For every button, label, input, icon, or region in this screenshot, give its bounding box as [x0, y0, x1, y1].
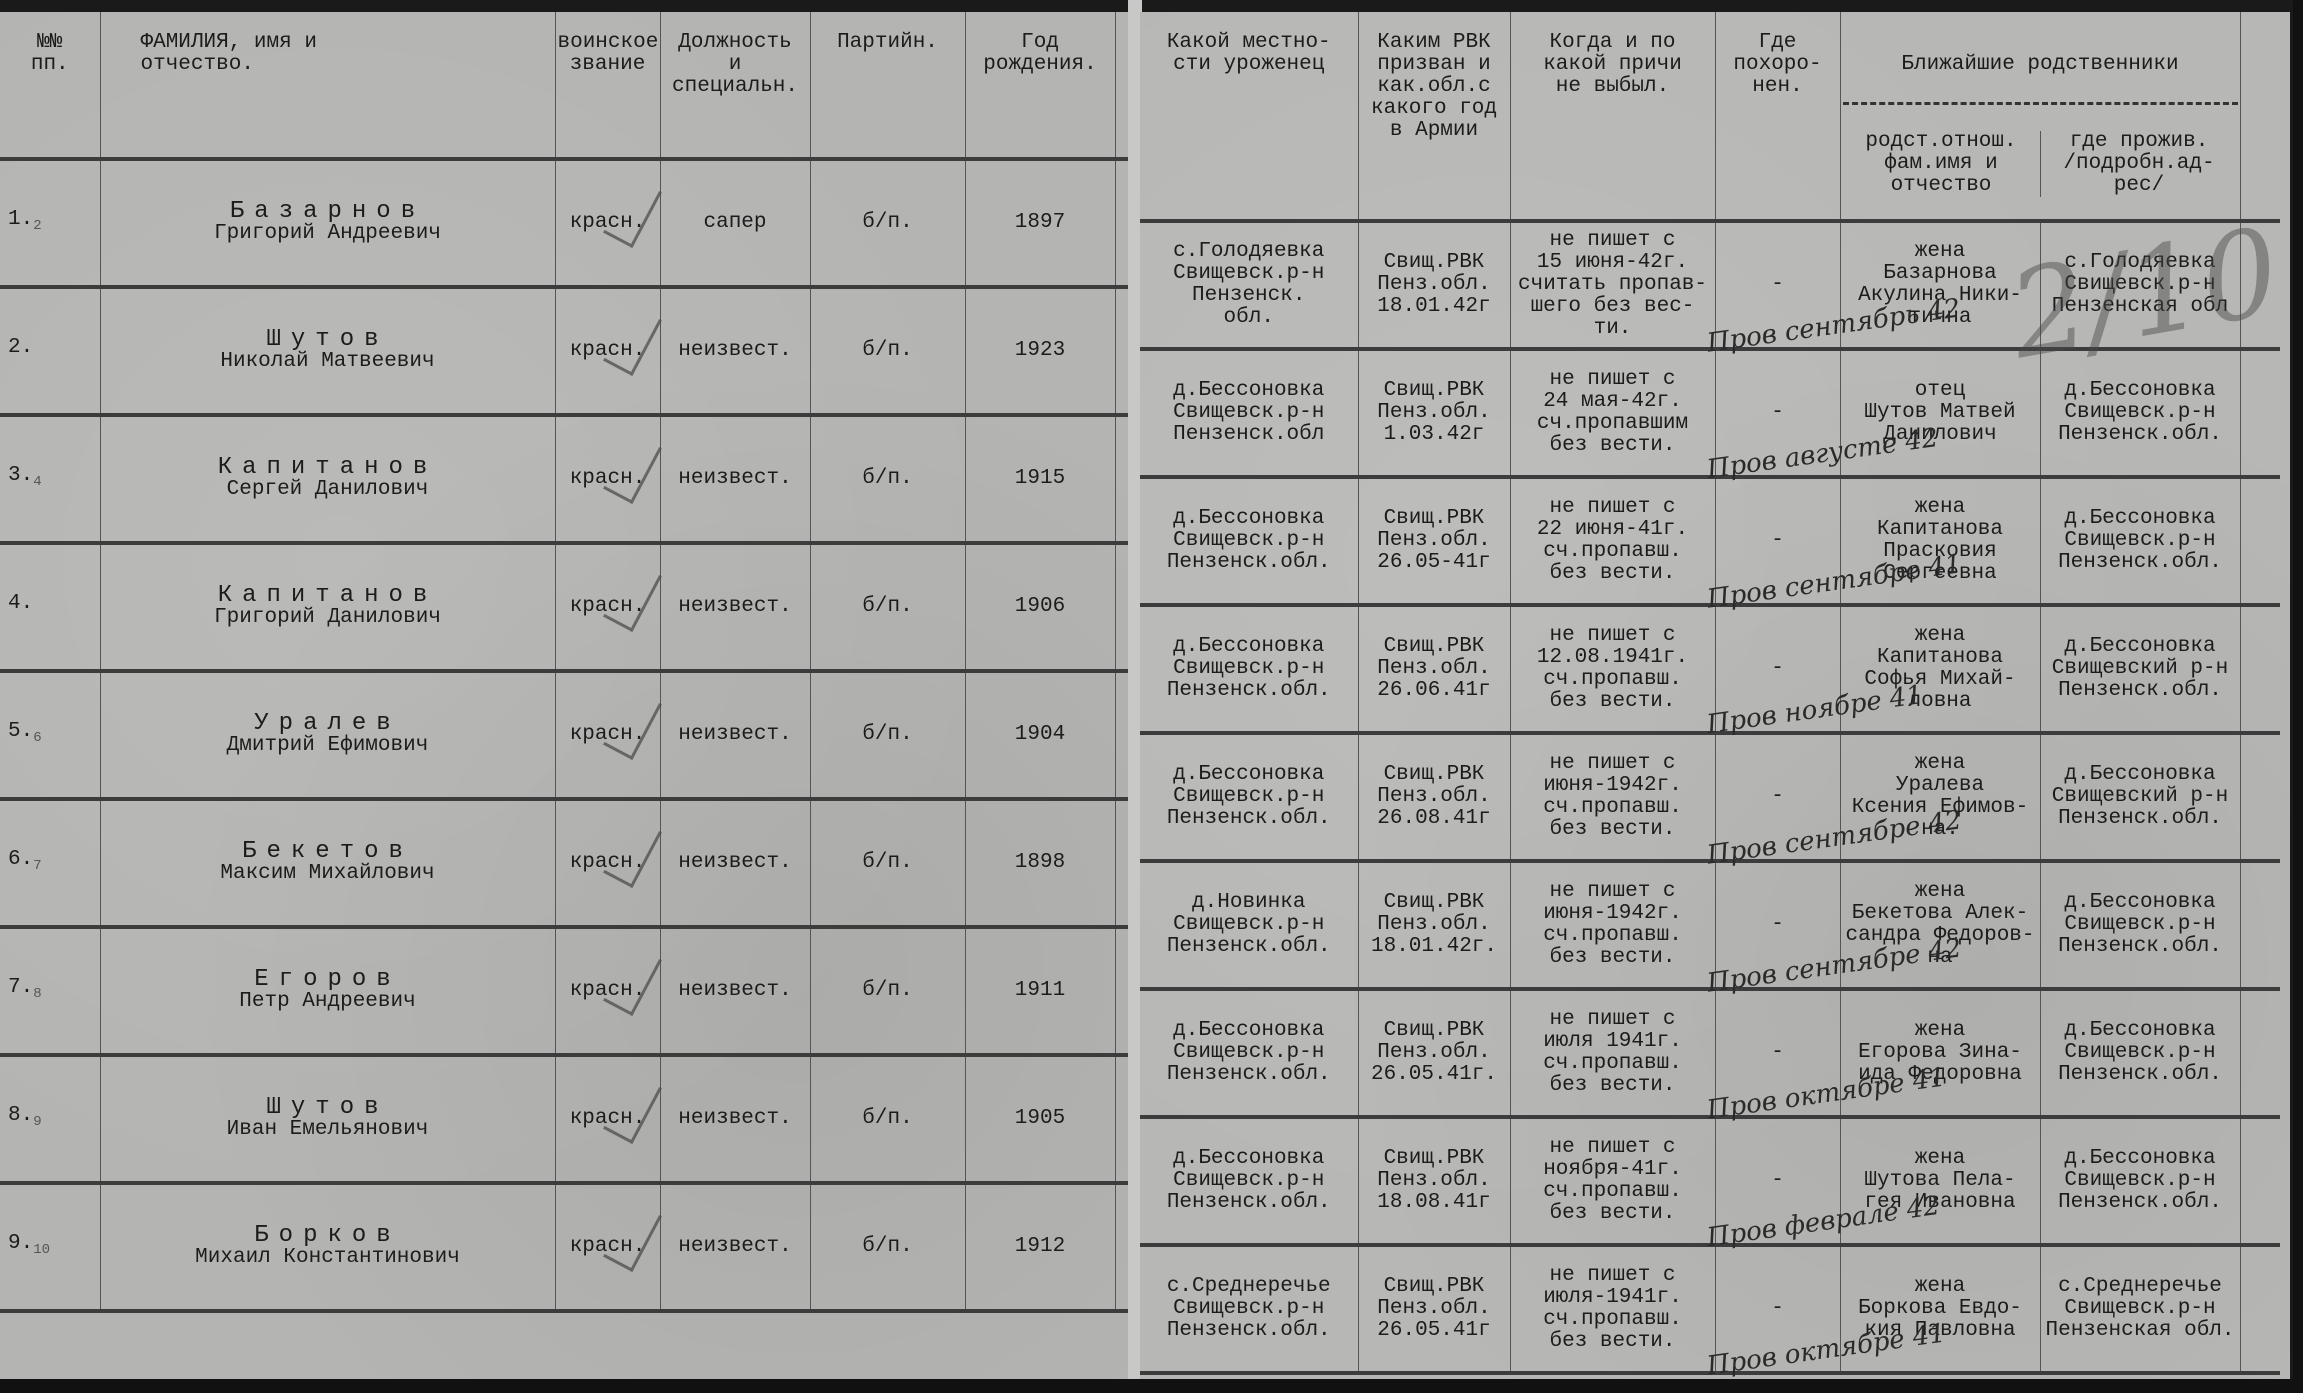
table-row: 1.2БазарновГригорий Андреевичкрасн.сапер… [0, 159, 1135, 287]
table-row: 6.7БекетовМаксим Михайловичкрасн.неизвес… [0, 799, 1135, 927]
table-row: д.Бессоновка Свищевск.р-н Пензенск.обл.С… [1140, 1117, 2280, 1245]
relative-relation: жена Уралева Ксения Ефимов- на. [1840, 733, 2040, 861]
burial-place: -Пров августе 42 [1715, 349, 1840, 477]
when-why-left: не пишет с ноября-41г. сч.пропавш. без в… [1510, 1117, 1715, 1245]
birthplace: д.Бессоновка Свищевск.р-н Пензенск.обл. [1140, 733, 1358, 861]
position: сапер [660, 159, 810, 287]
rank: красн. [555, 799, 660, 927]
given-names: Сергей Данилович [103, 479, 553, 501]
when-why-left: не пишет с 15 июня-42г. считать пропав- … [1510, 221, 1715, 349]
position: неизвест. [660, 799, 810, 927]
given-names: Дмитрий Ефимович [103, 735, 553, 757]
table-row: д.Бессоновка Свищевск.р-н Пензенск.обл.С… [1140, 989, 2280, 1117]
burial-text: - [1771, 657, 1784, 680]
scan-edge-bottom [0, 1379, 2303, 1393]
header-birth-year: Год рождения. [965, 12, 1115, 159]
relative-address: д.Бессоновка Свищевск.р-н Пензенск.обл. [2040, 477, 2240, 605]
table-row: д.Бессоновка Свищевск.р-н Пензенск.обл.С… [1140, 477, 2280, 605]
rank: красн. [555, 543, 660, 671]
row-number: 5.6 [0, 671, 100, 799]
left-table: №№ пп. ФАМИЛИЯ, имя и отчество. воинское… [0, 12, 1135, 1313]
birth-year: 1898 [965, 799, 1115, 927]
given-names: Григорий Андреевич [103, 223, 553, 245]
birthplace: д.Бессоновка Свищевск.р-н Пензенск.обл. [1140, 477, 1358, 605]
right-header-row: Какой местно- сти уроженец Каким РВК при… [1140, 12, 2280, 221]
when-why-left: не пишет с 22 июня-41г. сч.пропавш. без … [1510, 477, 1715, 605]
conscripted-by: Свищ.РВК Пенз.обл. 18.01.42г. [1358, 861, 1510, 989]
given-names: Максим Михайлович [103, 863, 553, 885]
position: неизвест. [660, 543, 810, 671]
right-page: Какой местно- сти уроженец Каким РВК при… [1140, 12, 2290, 1380]
table-row: д.Новинка Свищевск.р-н Пензенск.обл.Свищ… [1140, 861, 2280, 989]
position: неизвест. [660, 287, 810, 415]
header-relatives: Ближайшие родственники родст.отнош. фам.… [1840, 12, 2240, 221]
relative-relation: жена Капитанова Софья Михай- ловна [1840, 605, 2040, 733]
when-why-left: не пишет с июля-1941г. сч.пропавш. без в… [1510, 1245, 1715, 1373]
spacer [2240, 1117, 2280, 1245]
row-number: 7.8 [0, 927, 100, 1055]
row-number-text: 1. [8, 208, 33, 231]
header-party: Партийн. [810, 12, 965, 159]
row-number-sub: 6 [33, 730, 41, 746]
position: неизвест. [660, 1183, 810, 1311]
party: б/п. [810, 287, 965, 415]
spacer [2240, 861, 2280, 989]
burial-place: -Пров сентябре 41 [1715, 477, 1840, 605]
header-conscripted: Каким РВК призван и как.обл.с какого год… [1358, 12, 1510, 221]
birthplace: с.Среднеречье Свищевск.р-н Пензенск.обл. [1140, 1245, 1358, 1373]
full-name: КапитановГригорий Данилович [100, 543, 555, 671]
rank: красн. [555, 287, 660, 415]
table-row: с.Среднеречье Свищевск.р-н Пензенск.обл.… [1140, 1245, 2280, 1373]
when-why-left: не пишет с 24 мая-42г. сч.пропавшим без … [1510, 349, 1715, 477]
relative-relation: жена Егорова Зина- ида Федоровна [1840, 989, 2040, 1117]
surname: Капитанов [103, 457, 553, 479]
table-row: д.Бессоновка Свищевск.р-н Пензенск.обл.С… [1140, 733, 2280, 861]
header-buried: Где похоро- нен. [1715, 12, 1840, 221]
burial-text: - [1771, 401, 1784, 424]
header-rank: воинское звание [555, 12, 660, 159]
relative-address: д.Бессоновка Свищевск.р-н Пензенск.обл. [2040, 861, 2240, 989]
party: б/п. [810, 543, 965, 671]
party: б/п. [810, 415, 965, 543]
header-address: где прожив. /подробн.ад- рес/ [2040, 131, 2238, 197]
table-row: 2.ШутовНиколай Матвеевичкрасн.неизвест.б… [0, 287, 1135, 415]
row-number-text: 9. [8, 1232, 33, 1255]
birthplace: д.Новинка Свищевск.р-н Пензенск.обл. [1140, 861, 1358, 989]
rank: красн. [555, 159, 660, 287]
row-number-sub: 10 [33, 1242, 50, 1258]
given-names: Михаил Константинович [103, 1247, 553, 1269]
full-name: ШутовНиколай Матвеевич [100, 287, 555, 415]
party: б/п. [810, 927, 965, 1055]
right-table: Какой местно- сти уроженец Каким РВК при… [1140, 12, 2280, 1375]
conscripted-by: Свищ.РВК Пенз.обл. 26.08.41г [1358, 733, 1510, 861]
surname: Уралев [103, 713, 553, 735]
row-number-sub: 7 [33, 858, 41, 874]
rank: красн. [555, 927, 660, 1055]
burial-text: - [1771, 1041, 1784, 1064]
full-name: ЕгоровПетр Андреевич [100, 927, 555, 1055]
birth-year: 1904 [965, 671, 1115, 799]
left-page: №№ пп. ФАМИЛИЯ, имя и отчество. воинское… [0, 12, 1135, 1380]
burial-place: -Пров октябре 41 [1715, 1245, 1840, 1373]
scan-edge-right [2293, 0, 2303, 1393]
left-header-row: №№ пп. ФАМИЛИЯ, имя и отчество. воинское… [0, 12, 1135, 159]
full-name: БорковМихаил Константинович [100, 1183, 555, 1311]
row-number-sub: 8 [33, 986, 41, 1002]
rank: красн. [555, 1055, 660, 1183]
birthplace: д.Бессоновка Свищевск.р-н Пензенск.обл [1140, 349, 1358, 477]
burial-place: -Пров феврале 42 [1715, 1117, 1840, 1245]
conscripted-by: Свищ.РВК Пенз.обл. 18.01.42г [1358, 221, 1510, 349]
surname: Шутов [103, 1097, 553, 1119]
given-names: Петр Андреевич [103, 991, 553, 1013]
birthplace: д.Бессоновка Свищевск.р-н Пензенск.обл. [1140, 989, 1358, 1117]
when-why-left: не пишет с июня-1942г. сч.пропавш. без в… [1510, 861, 1715, 989]
when-why-left: не пишет с июня-1942г. сч.пропавш. без в… [1510, 733, 1715, 861]
header-birthplace: Какой местно- сти уроженец [1140, 12, 1358, 221]
header-relatives-group: Ближайшие родственники [1843, 54, 2238, 76]
burial-place: -Пров сентябрь 42 [1715, 221, 1840, 349]
conscripted-by: Свищ.РВК Пенз.обл. 1.03.42г [1358, 349, 1510, 477]
table-row: 3.4КапитановСергей Даниловичкрасн.неизве… [0, 415, 1135, 543]
row-number-sub: 4 [33, 474, 41, 490]
birthplace: с.Голодяевка Свищевск.р-н Пензенск. обл. [1140, 221, 1358, 349]
spacer [2240, 477, 2280, 605]
header-relation: родст.отнош. фам.имя и отчество [1843, 131, 2040, 197]
table-row: 9.10БорковМихаил Константиновичкрасн.неи… [0, 1183, 1135, 1311]
table-row: 7.8ЕгоровПетр Андреевичкрасн.неизвест.б/… [0, 927, 1135, 1055]
row-number-sub: 2 [33, 218, 41, 234]
rank: красн. [555, 671, 660, 799]
surname: Егоров [103, 969, 553, 991]
party: б/п. [810, 1055, 965, 1183]
birth-year: 1915 [965, 415, 1115, 543]
rank: красн. [555, 1183, 660, 1311]
row-number: 6.7 [0, 799, 100, 927]
burial-place: -Пров октябре 41 [1715, 989, 1840, 1117]
burial-text: - [1771, 529, 1784, 552]
row-number: 9.10 [0, 1183, 100, 1311]
burial-text: - [1771, 1297, 1784, 1320]
surname: Шутов [103, 329, 553, 351]
given-names: Николай Матвеевич [103, 351, 553, 373]
party: б/п. [810, 799, 965, 927]
header-position: Должность и специальн. [660, 12, 810, 159]
birth-year: 1912 [965, 1183, 1115, 1311]
position: неизвест. [660, 415, 810, 543]
conscripted-by: Свищ.РВК Пенз.обл. 26.06.41г [1358, 605, 1510, 733]
header-when-why: Когда и по какой причи не выбыл. [1510, 12, 1715, 221]
conscripted-by: Свищ.РВК Пенз.обл. 26.05.41г [1358, 1245, 1510, 1373]
full-name: БекетовМаксим Михайлович [100, 799, 555, 927]
when-why-left: не пишет с июля 1941г. сч.пропавш. без в… [1510, 989, 1715, 1117]
row-number-sub: 9 [33, 1114, 41, 1130]
row-number: 3.4 [0, 415, 100, 543]
row-number: 2. [0, 287, 100, 415]
conscripted-by: Свищ.РВК Пенз.обл. 18.08.41г [1358, 1117, 1510, 1245]
burial-place: -Пров сентябре 42 [1715, 733, 1840, 861]
row-number-text: 3. [8, 464, 33, 487]
birth-year: 1897 [965, 159, 1115, 287]
table-row: 5.6УралевДмитрий Ефимовичкрасн.неизвест.… [0, 671, 1135, 799]
birth-year: 1911 [965, 927, 1115, 1055]
conscripted-by: Свищ.РВК Пенз.обл. 26.05.41г. [1358, 989, 1510, 1117]
surname: Капитанов [103, 585, 553, 607]
row-number-text: 5. [8, 720, 33, 743]
header-num: №№ пп. [0, 12, 100, 159]
header-dash-divider [1843, 102, 2238, 105]
header-name: ФАМИЛИЯ, имя и отчество. [100, 12, 555, 159]
given-names: Григорий Данилович [103, 607, 553, 629]
spacer [2240, 989, 2280, 1117]
surname: Борков [103, 1225, 553, 1247]
relative-address: д.Бессоновка Свищевский р-н Пензенск.обл… [2040, 733, 2240, 861]
party: б/п. [810, 671, 965, 799]
spacer [2240, 349, 2280, 477]
table-row: 8.9ШутовИван Емельяновичкрасн.неизвест.б… [0, 1055, 1135, 1183]
full-name: ШутовИван Емельянович [100, 1055, 555, 1183]
row-number-text: 8. [8, 1104, 33, 1127]
table-row: д.Бессоновка Свищевск.р-н Пензенск.обл.С… [1140, 605, 2280, 733]
burial-text: - [1771, 273, 1784, 296]
row-number-text: 4. [8, 592, 33, 615]
party: б/п. [810, 1183, 965, 1311]
row-number: 4. [0, 543, 100, 671]
position: неизвест. [660, 1055, 810, 1183]
party: б/п. [810, 159, 965, 287]
spacer [2240, 1245, 2280, 1373]
table-row: 4.КапитановГригорий Даниловичкрасн.неизв… [0, 543, 1135, 671]
burial-text: - [1771, 913, 1784, 936]
relative-relation: жена Шутова Пела- гея Ивановна [1840, 1117, 2040, 1245]
row-number-text: 7. [8, 976, 33, 999]
row-number: 8.9 [0, 1055, 100, 1183]
row-number-text: 6. [8, 848, 33, 871]
relative-address: с.Среднеречье Свищевск.р-н Пензенская об… [2040, 1245, 2240, 1373]
birth-year: 1923 [965, 287, 1115, 415]
full-name: КапитановСергей Данилович [100, 415, 555, 543]
relative-address: д.Бессоновка Свищевск.р-н Пензенск.обл. [2040, 1117, 2240, 1245]
burial-place: -Пров сентябре 42 [1715, 861, 1840, 989]
surname: Базарнов [103, 201, 553, 223]
burial-text: - [1771, 785, 1784, 808]
full-name: УралевДмитрий Ефимович [100, 671, 555, 799]
surname: Бекетов [103, 841, 553, 863]
position: неизвест. [660, 671, 810, 799]
spacer [2240, 733, 2280, 861]
given-names: Иван Емельянович [103, 1119, 553, 1141]
row-number: 1.2 [0, 159, 100, 287]
relative-relation: отец Шутов Матвей Данилович [1840, 349, 2040, 477]
header-spacer-right [2240, 12, 2280, 221]
birth-year: 1905 [965, 1055, 1115, 1183]
rank: красн. [555, 415, 660, 543]
when-why-left: не пишет с 12.08.1941г. сч.пропавш. без … [1510, 605, 1715, 733]
relative-address: д.Бессоновка Свищевск.р-н Пензенск.обл. [2040, 989, 2240, 1117]
relative-relation: жена Капитанова Прасковия Сергеевна [1840, 477, 2040, 605]
birthplace: д.Бессоновка Свищевск.р-н Пензенск.обл. [1140, 1117, 1358, 1245]
relative-address: д.Бессоновка Свищевский р-н Пензенск.обл… [2040, 605, 2240, 733]
row-number-text: 2. [8, 336, 33, 359]
spacer [2240, 605, 2280, 733]
burial-place: -Пров ноябре 41 [1715, 605, 1840, 733]
full-name: БазарновГригорий Андреевич [100, 159, 555, 287]
birthplace: д.Бессоновка Свищевск.р-н Пензенск.обл. [1140, 605, 1358, 733]
birth-year: 1906 [965, 543, 1115, 671]
relative-relation: жена Боркова Евдо- кия Павловна [1840, 1245, 2040, 1373]
conscripted-by: Свищ.РВК Пенз.обл. 26.05-41г [1358, 477, 1510, 605]
position: неизвест. [660, 927, 810, 1055]
burial-text: - [1771, 1169, 1784, 1192]
relative-relation: жена Бекетова Алек- сандра Федоров- на [1840, 861, 2040, 989]
